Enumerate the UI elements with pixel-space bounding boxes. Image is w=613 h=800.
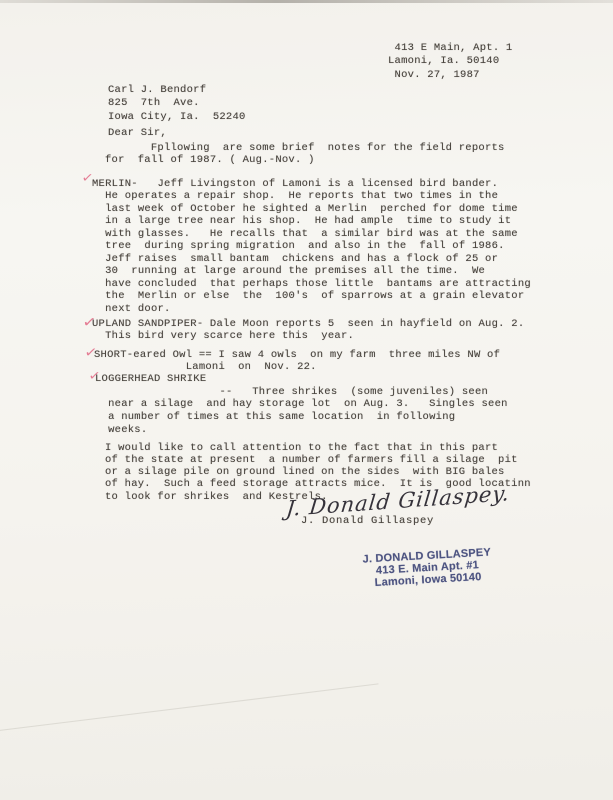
merlin-paragraph-line-1: He operates a repair shop. He reports th… [92, 190, 531, 202]
salutation: Dear Sir, [108, 127, 167, 139]
check-icon-upland-sandpiper: ✓ [82, 314, 97, 330]
merlin-paragraph-line-9: the Merlin or else the 100's of sparrows… [92, 290, 531, 302]
return-address-line-1: Lamoni, Ia. 50140 [388, 55, 512, 68]
merlin-paragraph-line-8: have concluded that perhaps those little… [92, 278, 531, 290]
recipient-address: Carl J. Bendorf825 7th Ave.Iowa City, Ia… [108, 84, 246, 124]
merlin-paragraph: MERLIN- Jeff Livingston of Lamoni is a l… [92, 178, 531, 315]
loggerhead-shrike-paragraph-line-4: weeks. [95, 424, 508, 437]
short-eared-owl-paragraph: SHORT-eared Owl == I saw 4 owls on my fa… [94, 349, 500, 374]
short-eared-owl-paragraph-line-0: SHORT-eared Owl == I saw 4 owls on my fa… [94, 349, 500, 361]
intro-paragraph-line-0: Fpllowing are some brief notes for the f… [105, 142, 505, 154]
recipient-address-line-0: Carl J. Bendorf [108, 84, 246, 97]
merlin-paragraph-line-5: tree during spring migration and also in… [92, 240, 531, 252]
address-stamp: J. DONALD GILLASPEY413 E. Main Apt. #1La… [349, 547, 506, 591]
recipient-address-line-1: 825 7th Ave. [108, 97, 246, 110]
closing-paragraph-line-0: I would like to call attention to the fa… [105, 442, 531, 454]
merlin-paragraph-line-2: last week of October he sighted a Merlin… [92, 203, 531, 215]
recipient-address-line-2: Iowa City, Ia. 52240 [108, 111, 246, 124]
merlin-paragraph-line-10: next door. [92, 303, 531, 315]
scanned-letter-page: 413 E Main, Apt. 1Lamoni, Ia. 50140 Nov.… [0, 0, 613, 800]
intro-paragraph-line-1: for fall of 1987. ( Aug.-Nov. ) [105, 154, 505, 166]
upland-sandpiper-paragraph-line-1: This bird very scarce here this year. [92, 330, 524, 342]
merlin-paragraph-line-3: in a large tree near his shop. He had am… [92, 215, 531, 227]
return-address: 413 E Main, Apt. 1Lamoni, Ia. 50140 Nov.… [388, 42, 512, 82]
loggerhead-shrike-paragraph: LOGGERHEAD SHRIKE -- Three shrikes (some… [95, 373, 508, 437]
upland-sandpiper-paragraph-line-0: UPLAND SANDPIPER- Dale Moon reports 5 se… [92, 318, 524, 330]
intro-paragraph: Fpllowing are some brief notes for the f… [105, 142, 505, 167]
merlin-paragraph-line-4: with glasses. He recalls that a similar … [92, 228, 531, 240]
check-icon-loggerhead-shrike: ✓ [88, 369, 101, 383]
upland-sandpiper-paragraph: UPLAND SANDPIPER- Dale Moon reports 5 se… [92, 318, 524, 343]
merlin-paragraph-line-6: Jeff raises small bantam chickens and ha… [92, 253, 531, 265]
return-address-line-2: Nov. 27, 1987 [388, 69, 512, 82]
loggerhead-shrike-paragraph-line-2: near a silage and hay storage lot on Aug… [95, 398, 508, 411]
check-icon-short-eared-owl: ✓ [84, 345, 98, 360]
loggerhead-shrike-paragraph-line-3: a number of times at this same location … [95, 411, 508, 424]
return-address-line-0: 413 E Main, Apt. 1 [388, 42, 512, 55]
typed-signature: J. Donald Gillaspey [301, 515, 434, 527]
loggerhead-shrike-paragraph-line-0: LOGGERHEAD SHRIKE [95, 373, 508, 386]
closing-paragraph-line-1: of the state at present a number of farm… [105, 454, 531, 466]
closing-paragraph-line-2: or a silage pile on ground lined on the … [105, 466, 531, 478]
merlin-paragraph-line-7: 30 running at large around the premises … [92, 265, 531, 277]
loggerhead-shrike-paragraph-line-1: -- Three shrikes (some juveniles) seen [95, 386, 508, 399]
check-icon-merlin: ✓ [81, 171, 94, 185]
merlin-paragraph-line-0: MERLIN- Jeff Livingston of Lamoni is a l… [92, 178, 531, 190]
